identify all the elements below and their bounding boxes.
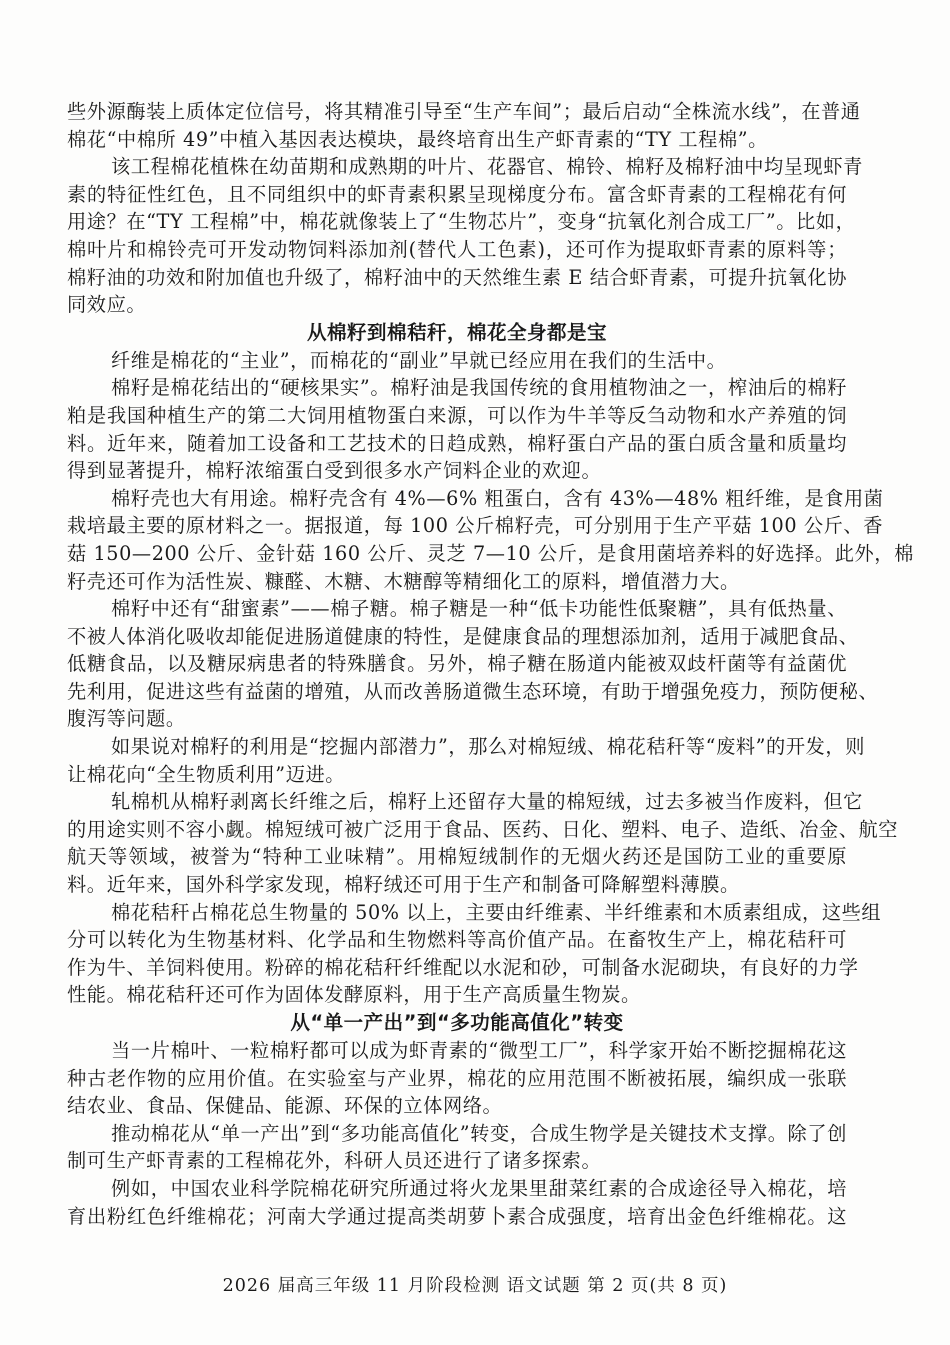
text-line: 制可生产虾青素的工程棉花外，科研人员还进行了诸多探索。 [67, 1147, 847, 1175]
exam-page: 些外源酶装上质体定位信号，将其精准引导至“生产车间”；最后启动“全株流水线”，在… [0, 0, 950, 1345]
text-line: 得到显著提升，棉籽浓缩蛋白受到很多水产饲料企业的欢迎。 [67, 457, 847, 485]
text-line: 低糖食品，以及糖尿病患者的特殊膳食。另外，棉子糖在肠道内能被双歧杆菌等有益菌优 [67, 650, 847, 678]
text-line: 棉籽是棉花结出的“硬核果实”。棉籽油是我国传统的食用植物油之一，榨油后的棉籽 [67, 374, 847, 402]
section-heading: 从棉籽到棉秸秆，棉花全身都是宝 [67, 318, 847, 348]
text-line: 育出粉红色纤维棉花；河南大学通过提高类胡萝卜素合成强度，培育出金色纤维棉花。这 [67, 1203, 847, 1231]
paragraph: 棉籽壳也大有用途。棉籽壳含有 4%—6% 粗蛋白，含有 43%—48% 粗纤维，… [67, 485, 847, 595]
text-line: 种古老作物的应用价值。在实验室与产业界，棉花的应用范围不断被拓展，编织成一张联 [67, 1065, 847, 1093]
text-line: 分可以转化为生物基材料、化学品和生物燃料等高价值产品。在畜牧生产上，棉花秸秆可 [67, 926, 847, 954]
text-line: 让棉花向“全生物质利用”迈进。 [67, 761, 847, 789]
paragraph: 例如，中国农业科学院棉花研究所通过将火龙果里甜菜红素的合成途径导入棉花，培育出粉… [67, 1175, 847, 1230]
text-line: 的用途实则不容小觑。棉短绒可被广泛用于食品、医药、日化、塑料、电子、造纸、冶金、… [67, 816, 847, 844]
text-line: 性能。棉花秸秆还可作为固体发酵原料，用于生产高质量生物炭。 [67, 981, 847, 1009]
text-line: 纤维是棉花的“主业”，而棉花的“副业”早就已经应用在我们的生活中。 [67, 347, 847, 375]
text-line: 菇 150—200 公斤、金针菇 160 公斤、灵芝 7—10 公斤，是食用菌培… [67, 540, 847, 568]
text-line: 作为牛、羊饲料使用。粉碎的棉花秸秆纤维配以水泥和砂，可制备水泥砌块，有良好的力学 [67, 954, 847, 982]
text-line: 先利用，促进这些有益菌的增殖，从而改善肠道微生态环境，有助于增强免疫力，预防便秘… [67, 678, 847, 706]
text-line: 棉叶片和棉铃壳可开发动物饲料添加剂(替代人工色素)，还可作为提取虾青素的原料等； [67, 236, 847, 264]
text-line: 棉花“中棉所 49”中植入基因表达模块，最终培育出生产虾青素的“TY 工程棉”。 [67, 126, 847, 154]
text-line: 料。近年来，国外科学家发现，棉籽绒还可用于生产和制备可降解塑料薄膜。 [67, 871, 847, 899]
text-line: 推动棉花从“单一产出”到“多功能高值化”转变，合成生物学是关键技术支撑。除了创 [67, 1120, 847, 1148]
paragraph: 些外源酶装上质体定位信号，将其精准引导至“生产车间”；最后启动“全株流水线”，在… [67, 98, 847, 153]
paragraph: 当一片棉叶、一粒棉籽都可以成为虾青素的“微型工厂”，科学家开始不断挖掘棉花这种古… [67, 1037, 847, 1120]
section-heading: 从“单一产出”到“多功能高值化”转变 [67, 1008, 847, 1038]
text-line: 籽壳还可作为活性炭、糠醛、木糖、木糖醇等精细化工的原料，增值潜力大。 [67, 568, 847, 596]
text-line: 棉籽中还有“甜蜜素”——棉子糖。棉子糖是一种“低卡功能性低聚糖”，具有低热量、 [67, 595, 847, 623]
text-line: 结农业、食品、保健品、能源、环保的立体网络。 [67, 1092, 847, 1120]
paragraph: 棉籽中还有“甜蜜素”——棉子糖。棉子糖是一种“低卡功能性低聚糖”，具有低热量、不… [67, 595, 847, 733]
text-line: 棉籽油的功效和附加值也升级了，棉籽油中的天然维生素 E 结合虾青素，可提升抗氧化… [67, 264, 847, 292]
text-line: 些外源酶装上质体定位信号，将其精准引导至“生产车间”；最后启动“全株流水线”，在… [67, 98, 847, 126]
text-line: 同效应。 [67, 291, 847, 319]
text-line: 料。近年来，随着加工设备和工艺技术的日趋成熟，棉籽蛋白产品的蛋白质含量和质量均 [67, 430, 847, 458]
text-line: 不被人体消化吸收却能促进肠道健康的特性，是健康食品的理想添加剂，适用于减肥食品、 [67, 623, 847, 651]
text-line: 腹泻等问题。 [67, 705, 847, 733]
paragraph: 如果说对棉籽的利用是“挖掘内部潜力”，那么对棉短绒、棉花秸秆等“废料”的开发，则… [67, 733, 847, 788]
article-body: 些外源酶装上质体定位信号，将其精准引导至“生产车间”；最后启动“全株流水线”，在… [67, 98, 847, 1230]
page-footer: 2026 届高三年级 11 月阶段检测 语文试题 第 2 页(共 8 页) [0, 1272, 950, 1297]
paragraph: 棉花秸秆占棉花总生物量的 50% 以上，主要由纤维素、半纤维素和木质素组成，这些… [67, 899, 847, 1009]
text-line: 例如，中国农业科学院棉花研究所通过将火龙果里甜菜红素的合成途径导入棉花，培 [67, 1175, 847, 1203]
text-line: 栽培最主要的原材料之一。据报道，每 100 公斤棉籽壳，可分别用于生产平菇 10… [67, 512, 847, 540]
text-line: 棉花秸秆占棉花总生物量的 50% 以上，主要由纤维素、半纤维素和木质素组成，这些… [67, 899, 847, 927]
text-line: 轧棉机从棉籽剥离长纤维之后，棉籽上还留存大量的棉短绒，过去多被当作废料，但它 [67, 788, 847, 816]
text-line: 用途？在“TY 工程棉”中，棉花就像装上了“生物芯片”，变身“抗氧化剂合成工厂”… [67, 208, 847, 236]
paragraph: 轧棉机从棉籽剥离长纤维之后，棉籽上还留存大量的棉短绒，过去多被当作废料，但它的用… [67, 788, 847, 898]
text-line: 粕是我国种植生产的第二大饲用植物蛋白来源，可以作为牛羊等反刍动物和水产养殖的饲 [67, 402, 847, 430]
paragraph: 纤维是棉花的“主业”，而棉花的“副业”早就已经应用在我们的生活中。 [67, 347, 847, 375]
text-line: 当一片棉叶、一粒棉籽都可以成为虾青素的“微型工厂”，科学家开始不断挖掘棉花这 [67, 1037, 847, 1065]
text-line: 如果说对棉籽的利用是“挖掘内部潜力”，那么对棉短绒、棉花秸秆等“废料”的开发，则 [67, 733, 847, 761]
text-line: 航天等领域，被誉为“特种工业味精”。用棉短绒制作的无烟火药还是国防工业的重要原 [67, 843, 847, 871]
text-line: 棉籽壳也大有用途。棉籽壳含有 4%—6% 粗蛋白，含有 43%—48% 粗纤维，… [67, 485, 847, 513]
paragraph: 推动棉花从“单一产出”到“多功能高值化”转变，合成生物学是关键技术支撑。除了创制… [67, 1120, 847, 1175]
text-line: 该工程棉花植株在幼苗期和成熟期的叶片、花器官、棉铃、棉籽及棉籽油中均呈现虾青 [67, 153, 847, 181]
paragraph: 该工程棉花植株在幼苗期和成熟期的叶片、花器官、棉铃、棉籽及棉籽油中均呈现虾青素的… [67, 153, 847, 319]
paragraph: 棉籽是棉花结出的“硬核果实”。棉籽油是我国传统的食用植物油之一，榨油后的棉籽粕是… [67, 374, 847, 484]
text-line: 素的特征性红色，且不同组织中的虾青素积累呈现梯度分布。富含虾青素的工程棉花有何 [67, 181, 847, 209]
